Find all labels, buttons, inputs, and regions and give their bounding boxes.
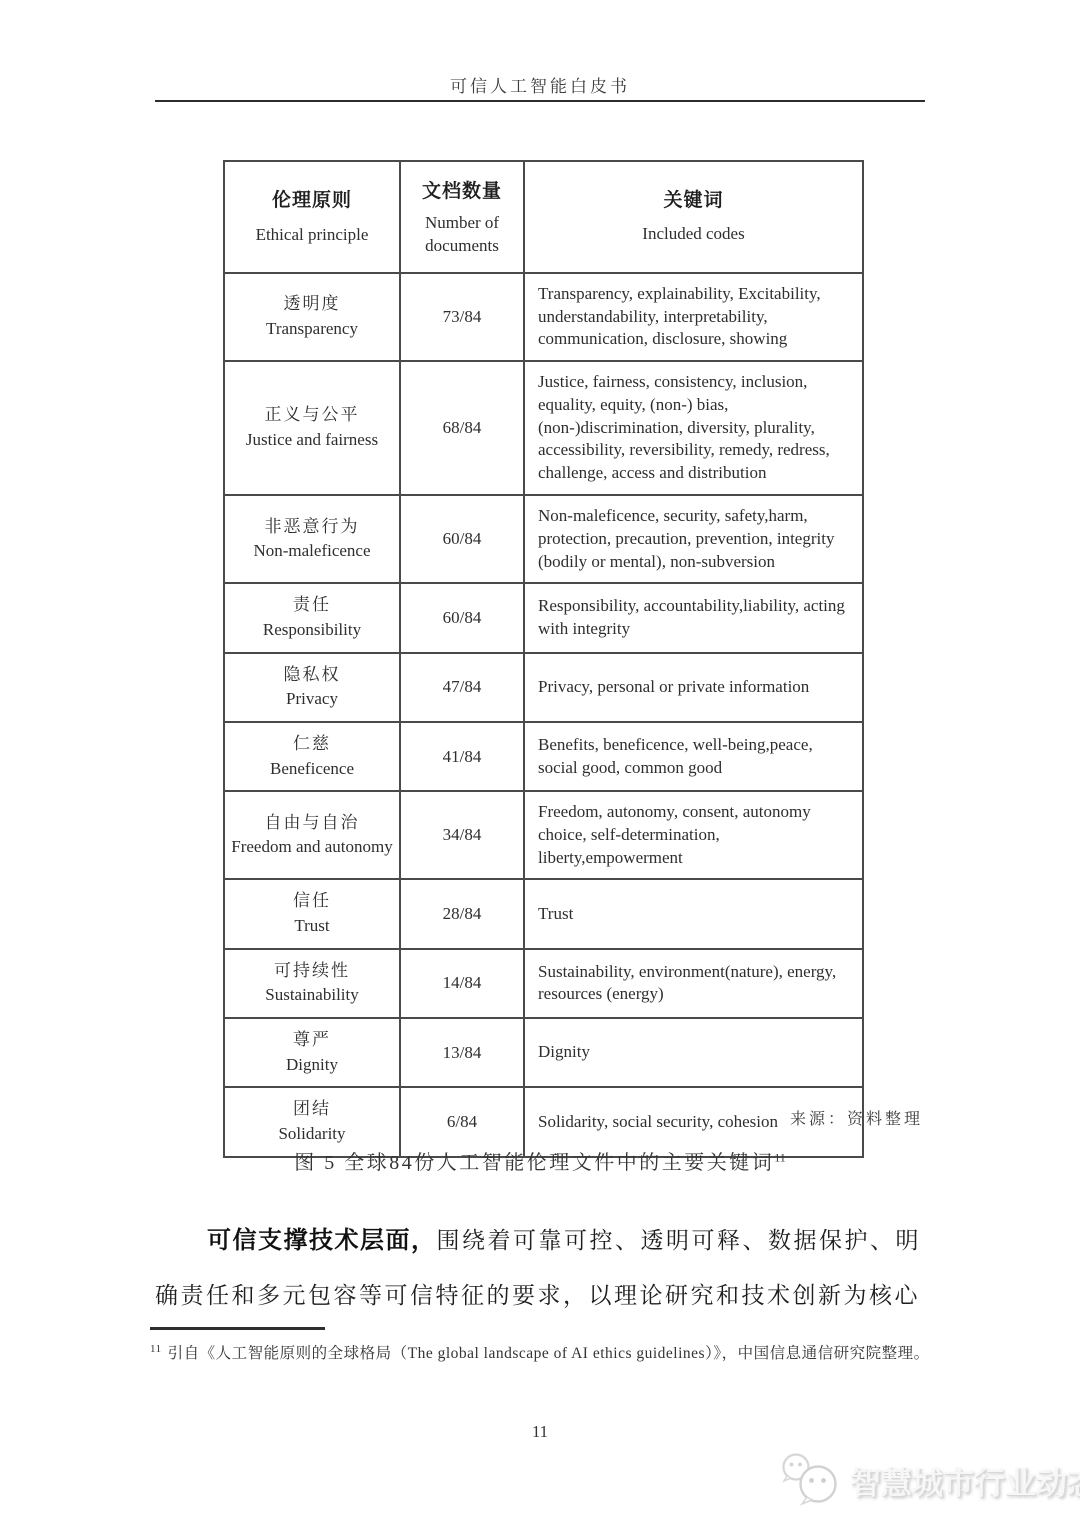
keywords-cell: Privacy, personal or private information	[524, 653, 863, 722]
table-row: 透明度Transparency73/84Transparency, explai…	[224, 273, 863, 361]
keywords-cell: Trust	[524, 879, 863, 948]
ethical-principles-table: 伦理原则 Ethical principle 文档数量 Number of do…	[223, 160, 864, 1158]
principle-cell: 自由与自治Freedom and autonomy	[224, 791, 400, 879]
principle-cn: 信任	[231, 889, 393, 914]
principle-cell: 透明度Transparency	[224, 273, 400, 361]
principle-cn: 责任	[231, 593, 393, 618]
header-cell-keywords: 关键词 Included codes	[524, 161, 863, 273]
count-cell: 47/84	[400, 653, 524, 722]
table-row: 信任Trust28/84Trust	[224, 879, 863, 948]
table-row: 尊严Dignity13/84Dignity	[224, 1018, 863, 1087]
count-cell: 60/84	[400, 495, 524, 583]
principle-cn: 非恶意行为	[231, 515, 393, 540]
keywords-cell: Freedom, autonomy, consent, autonomy cho…	[524, 791, 863, 879]
paragraph-line1-rest: 围绕着可靠可控、透明可释、数据保护、明	[437, 1228, 922, 1253]
principle-en: Beneficence	[231, 757, 393, 782]
paragraph-lead-bold: 可信支撑技术层面，	[207, 1227, 437, 1254]
keywords-cell: Benefits, beneficence, well-being,peace,…	[524, 722, 863, 791]
table-header: 伦理原则 Ethical principle 文档数量 Number of do…	[224, 161, 863, 273]
figure-caption-footnote-ref: 11	[774, 1150, 786, 1164]
keywords-cell: Responsibility, accountability,liability…	[524, 583, 863, 652]
principle-cell: 仁慈Beneficence	[224, 722, 400, 791]
principle-en: Responsibility	[231, 618, 393, 643]
footnote: 11引自《人工智能原则的全球格局（The global landscape of…	[150, 1339, 932, 1369]
header-principle-en: Ethical principle	[231, 224, 393, 247]
table-row: 自由与自治Freedom and autonomy34/84Freedom, a…	[224, 791, 863, 879]
principle-en: Sustainability	[231, 983, 393, 1008]
keywords-cell: Justice, fairness, consistency, inclusio…	[524, 361, 863, 495]
principle-cell: 可持续性Sustainability	[224, 949, 400, 1018]
keywords-cell: Dignity	[524, 1018, 863, 1087]
table-row: 可持续性Sustainability14/84Sustainability, e…	[224, 949, 863, 1018]
header-cell-principle: 伦理原则 Ethical principle	[224, 161, 400, 273]
header-principle-cn: 伦理原则	[231, 187, 393, 215]
watermark-text: 智慧城市行业动态	[850, 1458, 1080, 1503]
principle-cn: 可持续性	[231, 959, 393, 984]
principle-en: Non-maleficence	[231, 539, 393, 564]
footnote-ref: 11	[150, 1343, 162, 1355]
keywords-cell: Sustainability, environment(nature), ene…	[524, 949, 863, 1018]
watermark: 智慧城市行业动态	[780, 1452, 1080, 1508]
table-row: 非恶意行为Non-maleficence60/84Non-maleficence…	[224, 495, 863, 583]
count-cell: 41/84	[400, 722, 524, 791]
header-keywords-en: Included codes	[531, 223, 856, 246]
figure-caption-text: 图 5 全球84份人工智能伦理文件中的主要关键词	[294, 1152, 774, 1174]
figure-caption: 图 5 全球84份人工智能伦理文件中的主要关键词11	[0, 1146, 1080, 1175]
principle-en: Solidarity	[231, 1122, 393, 1147]
page-number: 11	[0, 1422, 1080, 1442]
principle-cn: 正义与公平	[231, 403, 393, 428]
principle-cn: 团结	[231, 1097, 393, 1122]
principle-cn: 仁慈	[231, 732, 393, 757]
principle-en: Justice and fairness	[231, 428, 393, 453]
count-cell: 28/84	[400, 879, 524, 948]
principle-cell: 正义与公平Justice and fairness	[224, 361, 400, 495]
principle-en: Trust	[231, 914, 393, 939]
table-row: 正义与公平Justice and fairness68/84Justice, f…	[224, 361, 863, 495]
principle-cell: 信任Trust	[224, 879, 400, 948]
principle-cell: 责任Responsibility	[224, 583, 400, 652]
principle-cn: 尊严	[231, 1028, 393, 1053]
table-row: 仁慈Beneficence41/84Benefits, beneficence,…	[224, 722, 863, 791]
principle-cell: 非恶意行为Non-maleficence	[224, 495, 400, 583]
count-cell: 68/84	[400, 361, 524, 495]
count-cell: 34/84	[400, 791, 524, 879]
document-page: 可信人工智能白皮书 伦理原则 Ethical principle 文档数量 Nu…	[0, 0, 1080, 1534]
count-cell: 60/84	[400, 583, 524, 652]
footnote-rule	[150, 1327, 325, 1330]
count-cell: 13/84	[400, 1018, 524, 1087]
count-cell: 73/84	[400, 273, 524, 361]
body-paragraph-line2: 确责任和多元包容等可信特征的要求，以理论研究和技术创新为核心	[155, 1277, 930, 1310]
header-rule	[155, 100, 925, 102]
principle-cn: 隐私权	[231, 663, 393, 688]
header-cell-count: 文档数量 Number of documents	[400, 161, 524, 273]
footnote-text: 引自《人工智能原则的全球格局（The global landscape of A…	[168, 1345, 930, 1362]
table-row: 责任Responsibility60/84Responsibility, acc…	[224, 583, 863, 652]
count-cell: 14/84	[400, 949, 524, 1018]
wechat-icon	[780, 1452, 842, 1508]
header-keywords-cn: 关键词	[531, 188, 856, 213]
principle-en: Freedom and autonomy	[231, 835, 393, 860]
header-count-cn: 文档数量	[407, 176, 517, 203]
principle-cell: 尊严Dignity	[224, 1018, 400, 1087]
principle-en: Transparency	[231, 317, 393, 342]
table-header-row: 伦理原则 Ethical principle 文档数量 Number of do…	[224, 161, 863, 273]
principle-cell: 隐私权Privacy	[224, 653, 400, 722]
source-note: 来源：资料整理	[790, 1106, 923, 1129]
principle-en: Dignity	[231, 1053, 393, 1078]
ethics-table-body: 透明度Transparency73/84Transparency, explai…	[224, 273, 863, 1157]
principle-en: Privacy	[231, 687, 393, 712]
principle-cn: 透明度	[231, 292, 393, 317]
running-head-title: 可信人工智能白皮书	[0, 72, 1080, 97]
header-count-en: Number of documents	[407, 212, 517, 258]
principle-cn: 自由与自治	[231, 811, 393, 836]
body-paragraph-line1: 可信支撑技术层面，围绕着可靠可控、透明可释、数据保护、明	[155, 1220, 930, 1255]
table-row: 隐私权Privacy47/84Privacy, personal or priv…	[224, 653, 863, 722]
keywords-cell: Transparency, explainability, Excitabili…	[524, 273, 863, 361]
keywords-cell: Non-maleficence, security, safety,harm, …	[524, 495, 863, 583]
